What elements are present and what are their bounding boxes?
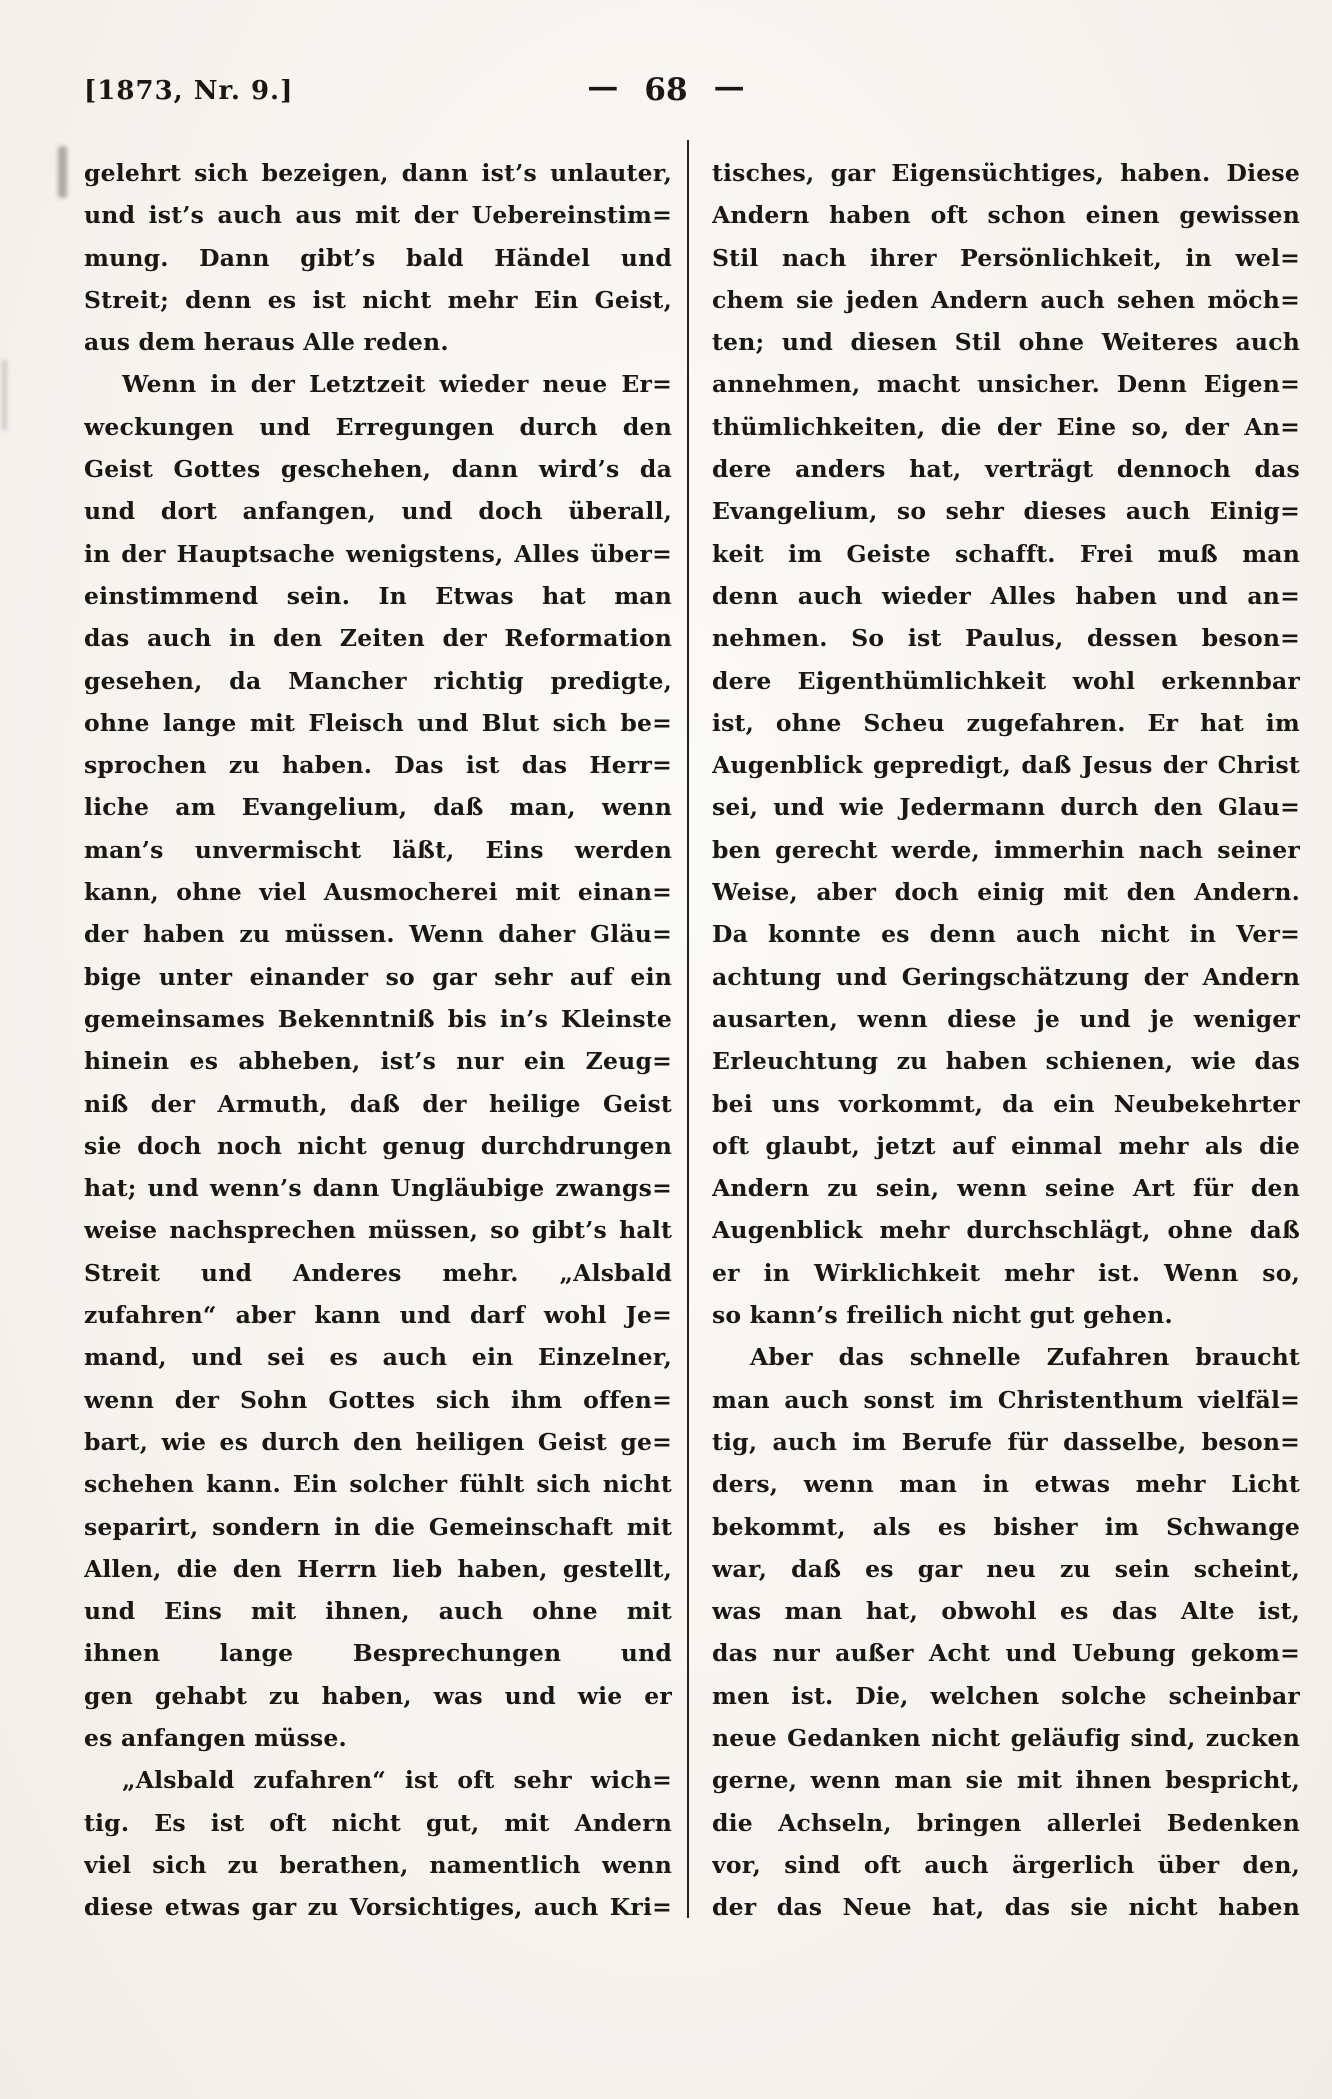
text-line: ausarten, wenn diese je und je weniger bbox=[712, 998, 1300, 1040]
text-line: tisches, gar Eigensüchtiges, haben. Dies… bbox=[712, 152, 1300, 194]
text-line: Augenblick mehr durchschlägt, ohne daß bbox=[712, 1209, 1300, 1251]
text-line: das auch in den Zeiten der Reformation bbox=[84, 617, 672, 659]
text-line: kann, ohne viel Ausmocherei mit einan= bbox=[84, 871, 672, 913]
text-line: gemeinsames Bekenntniß bis in’s Kleinste bbox=[84, 998, 672, 1040]
text-line: diese etwas gar zu Vorsichtiges, auch Kr… bbox=[84, 1886, 672, 1928]
text-line: ohne lange mit Fleisch und Blut sich be= bbox=[84, 702, 672, 744]
text-line: Evangelium, so sehr dieses auch Einig= bbox=[712, 490, 1300, 532]
text-line: separirt, sondern in die Gemeinschaft mi… bbox=[84, 1506, 672, 1548]
page-number-value: 68 bbox=[644, 72, 687, 108]
text-line: Streit; denn es ist nicht mehr Ein Geist… bbox=[84, 279, 672, 321]
text-line: was man hat, obwohl es das Alte ist, bbox=[712, 1590, 1300, 1632]
text-line: ihnen lange Besprechungen und Berathun= bbox=[84, 1632, 672, 1674]
text-line: gen gehabt zu haben, was und wie er bbox=[84, 1675, 672, 1717]
text-line: neue Gedanken nicht geläufig sind, zucke… bbox=[712, 1717, 1300, 1759]
text-line: bei uns vorkommt, da ein Neubekehrter bbox=[712, 1083, 1300, 1125]
text-line: Streit und Anderes mehr. „Alsbald bbox=[84, 1252, 672, 1294]
text-line: und dort anfangen, und doch überall, bbox=[84, 490, 672, 532]
text-line: Allen, die den Herrn lieb haben, gestell… bbox=[84, 1548, 672, 1590]
text-line: der haben zu müssen. Wenn daher Gläu= bbox=[84, 913, 672, 955]
right-column: tisches, gar Eigensüchtiges, haben. Dies… bbox=[712, 152, 1300, 1928]
text-line: men ist. Die, welchen solche scheinbar bbox=[712, 1675, 1300, 1717]
text-line: oft glaubt, jetzt auf einmal mehr als di… bbox=[712, 1125, 1300, 1167]
text-line: man’s unvermischt läßt, Eins werden bbox=[84, 829, 672, 871]
text-line: Wenn in der Letztzeit wieder neue Er= bbox=[84, 363, 672, 405]
text-line: „Alsbald zufahren“ ist oft sehr wich= bbox=[84, 1759, 672, 1801]
text-line: das nur außer Acht und Uebung gekom= bbox=[712, 1632, 1300, 1674]
text-line: vor, sind oft auch ärgerlich über den, bbox=[712, 1844, 1300, 1886]
column-divider-rule bbox=[687, 140, 689, 1918]
text-line: bart, wie es durch den heiligen Geist ge… bbox=[84, 1421, 672, 1463]
scan-artifact bbox=[58, 146, 67, 198]
text-line: Augenblick gepredigt, daß Jesus der Chri… bbox=[712, 744, 1300, 786]
text-line: bekommt, als es bisher im Schwange bbox=[712, 1506, 1300, 1548]
text-line: Erleuchtung zu haben schienen, wie das bbox=[712, 1040, 1300, 1082]
text-line: tig. Es ist oft nicht gut, mit Andern bbox=[84, 1802, 672, 1844]
text-line: hinein es abheben, ist’s nur ein Zeug= bbox=[84, 1040, 672, 1082]
text-line: hat; und wenn’s dann Ungläubige zwangs= bbox=[84, 1167, 672, 1209]
text-line: Andern haben oft schon einen gewissen bbox=[712, 194, 1300, 236]
page-number-dash-right: — bbox=[688, 69, 771, 105]
text-line: dere Eigenthümlichkeit wohl erkennbar bbox=[712, 660, 1300, 702]
text-line: ben gerecht werde, immerhin nach seiner bbox=[712, 829, 1300, 871]
text-line: sei, und wie Jedermann durch den Glau= bbox=[712, 786, 1300, 828]
text-line: so kann’s freilich nicht gut gehen. bbox=[712, 1294, 1300, 1336]
text-line: gesehen, da Mancher richtig predigte, bbox=[84, 660, 672, 702]
text-line: keit im Geiste schafft. Frei muß man bbox=[712, 533, 1300, 575]
page-number-dash-left: — bbox=[561, 69, 644, 105]
text-line: die Achseln, bringen allerlei Bedenken bbox=[712, 1802, 1300, 1844]
text-line: gelehrt sich bezeigen, dann ist’s unlaut… bbox=[84, 152, 672, 194]
text-line: und ist’s auch aus mit der Uebereinstim= bbox=[84, 194, 672, 236]
text-line: Weise, aber doch einig mit den Andern. bbox=[712, 871, 1300, 913]
text-line: wenn der Sohn Gottes sich ihm offen= bbox=[84, 1379, 672, 1421]
text-line: niß der Armuth, daß der heilige Geist bbox=[84, 1083, 672, 1125]
text-line: Aber das schnelle Zufahren braucht bbox=[712, 1336, 1300, 1378]
text-line: ders, wenn man in etwas mehr Licht bbox=[712, 1463, 1300, 1505]
text-line: ten; und diesen Stil ohne Weiteres auch bbox=[712, 321, 1300, 363]
text-line: mand, und sei es auch ein Einzelner, bbox=[84, 1336, 672, 1378]
text-line: zufahren“ aber kann und darf wohl Je= bbox=[84, 1294, 672, 1336]
text-line: achtung und Geringschätzung der Andern bbox=[712, 956, 1300, 998]
left-column: gelehrt sich bezeigen, dann ist’s unlaut… bbox=[84, 152, 672, 1928]
text-line: gerne, wenn man sie mit ihnen bespricht, bbox=[712, 1759, 1300, 1801]
scanned-page: [1873, Nr. 9.] —68— gelehrt sich bezeige… bbox=[0, 0, 1332, 2099]
text-line: chem sie jeden Andern auch sehen möch= bbox=[712, 279, 1300, 321]
text-line: liche am Evangelium, daß man, wenn bbox=[84, 786, 672, 828]
text-line: schehen kann. Ein solcher fühlt sich nic… bbox=[84, 1463, 672, 1505]
text-line: nehmen. So ist Paulus, dessen beson= bbox=[712, 617, 1300, 659]
text-line: war, daß es gar neu zu sein scheint, bbox=[712, 1548, 1300, 1590]
text-line: mung. Dann gibt’s bald Händel und bbox=[84, 237, 672, 279]
text-line: Da konnte es denn auch nicht in Ver= bbox=[712, 913, 1300, 955]
text-line: der das Neue hat, das sie nicht haben bbox=[712, 1886, 1300, 1928]
text-line: denn auch wieder Alles haben und an= bbox=[712, 575, 1300, 617]
text-line: sie doch noch nicht genug durchdrungen bbox=[84, 1125, 672, 1167]
scan-artifact bbox=[2, 360, 7, 430]
text-line: und Eins mit ihnen, auch ohne mit bbox=[84, 1590, 672, 1632]
text-line: Stil nach ihrer Persönlichkeit, in wel= bbox=[712, 237, 1300, 279]
text-line: bige unter einander so gar sehr auf ein bbox=[84, 956, 672, 998]
text-line: man auch sonst im Christenthum vielfäl= bbox=[712, 1379, 1300, 1421]
text-line: thümlichkeiten, die der Eine so, der An= bbox=[712, 406, 1300, 448]
page-number: —68— bbox=[0, 72, 1332, 108]
text-line: einstimmend sein. In Etwas hat man bbox=[84, 575, 672, 617]
text-line: in der Hauptsache wenigstens, Alles über… bbox=[84, 533, 672, 575]
text-line: Andern zu sein, wenn seine Art für den bbox=[712, 1167, 1300, 1209]
text-line: tig, auch im Berufe für dasselbe, beson= bbox=[712, 1421, 1300, 1463]
text-line: weise nachsprechen müssen, so gibt’s hal… bbox=[84, 1209, 672, 1251]
text-line: dere anders hat, verträgt dennoch das bbox=[712, 448, 1300, 490]
text-line: es anfangen müsse. bbox=[84, 1717, 672, 1759]
text-line: er in Wirklichkeit mehr ist. Wenn so, bbox=[712, 1252, 1300, 1294]
text-line: Geist Gottes geschehen, dann wird’s da bbox=[84, 448, 672, 490]
text-line: viel sich zu berathen, namentlich wenn bbox=[84, 1844, 672, 1886]
text-line: annehmen, macht unsicher. Denn Eigen= bbox=[712, 363, 1300, 405]
text-line: weckungen und Erregungen durch den bbox=[84, 406, 672, 448]
text-line: aus dem heraus Alle reden. bbox=[84, 321, 672, 363]
text-line: sprochen zu haben. Das ist das Herr= bbox=[84, 744, 672, 786]
text-line: ist, ohne Scheu zugefahren. Er hat im bbox=[712, 702, 1300, 744]
